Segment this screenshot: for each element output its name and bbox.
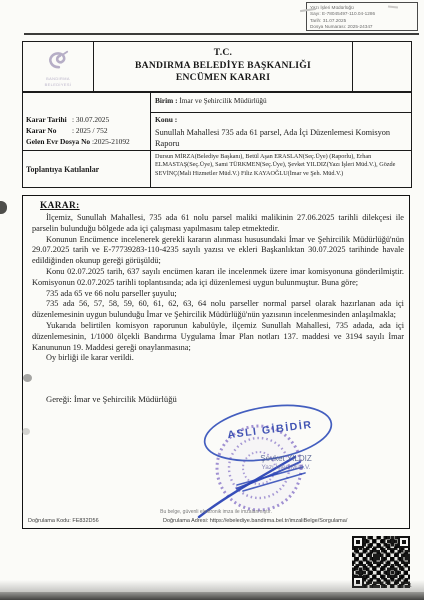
logo-caption-line2: BELEDİYESİ xyxy=(45,83,72,88)
konu-label: Konu : xyxy=(155,115,407,124)
logo-cell: BANDIRMA BELEDİYESİ xyxy=(23,42,94,91)
birim-label: Birim : xyxy=(155,96,178,105)
scan-artifact xyxy=(23,374,32,382)
header-empty-cell xyxy=(352,42,411,91)
signer-title: Yazı İşleri Müd.V. xyxy=(251,464,321,471)
letterhead-dosya: Dosya Numarası: 2025-24347 xyxy=(310,24,414,30)
karar-no-label: Karar No xyxy=(26,126,72,135)
decision-paragraph: Yukarıda belirtilen komisyon raporunun k… xyxy=(32,321,404,353)
stamp-strokes-icon xyxy=(181,401,416,523)
top-divider xyxy=(24,33,419,35)
esign-note: Bu belge, güvenli elektronik imza ile im… xyxy=(23,509,409,515)
participants-label: Toplantıya Katılanlar xyxy=(23,151,151,187)
konu-value: Sunullah Mahallesi 735 ada 61 parsel, Ad… xyxy=(155,127,407,149)
gelen-evr-label: Gelen Evr Dosya No xyxy=(26,137,90,146)
decision-paragraph: 735 ada 65 ve 66 nolu parseller şuyulu; xyxy=(32,289,404,300)
decision-paragraph: Konu 02.07.2025 tarih, 637 sayılı encüme… xyxy=(32,267,404,289)
geregi-line: Gereği: İmar ve Şehircilik Müdürlüğü xyxy=(46,394,404,404)
scan-artifact xyxy=(22,428,30,435)
title-cell: T.C. BANDIRMA BELEDİYE BAŞKANLIĞI ENCÜME… xyxy=(94,42,352,91)
konu-row: Konu : Sunullah Mahallesi 735 ada 61 par… xyxy=(151,113,411,150)
karar-tarihi-label: Karar Tarihi xyxy=(26,115,72,124)
scan-edge-shadow xyxy=(0,580,424,592)
decision-paragraph: 735 ada 56, 57, 58, 59, 60, 61, 62, 63, … xyxy=(32,299,404,321)
qr-finder-icon xyxy=(398,536,410,548)
title-organization: BANDIRMA BELEDİYE BAŞKANLIĞI xyxy=(94,60,352,73)
birim-row: Birim : İmar ve Şehircilik Müdürlüğü xyxy=(151,93,411,113)
title-tc: T.C. xyxy=(94,47,352,60)
certification-stamp: ASLI GİBİDİR Şevket YILDIZ Yazı İşleri M… xyxy=(181,401,416,523)
meta-table: Karar Tarihi: 30.07.2025 Karar No: 2025 … xyxy=(22,92,412,188)
title-document-type: ENCÜMEN KARARI xyxy=(94,72,352,85)
decision-meta-cell: Karar Tarihi: 30.07.2025 Karar No: 2025 … xyxy=(23,93,151,150)
decision-paragraph: İlçemiz, Sunullah Mahallesi, 735 ada 61 … xyxy=(32,213,404,235)
bandirma-municipality-logo-icon xyxy=(43,45,73,76)
participants-value: Dursun MİRZA(Belediye Başkanı), Betül Aş… xyxy=(151,151,411,187)
scan-artifact xyxy=(0,201,7,214)
scan-edge xyxy=(0,592,424,600)
decision-box: KARAR: İlçemiz, Sunullah Mahallesi, 735 … xyxy=(22,195,410,529)
letterhead-box: Yazı İşleri Müdürlüğü Sayı: E-78045497-1… xyxy=(306,2,418,31)
verification-address: Doğrulama Adresi: https://ebelediye.band… xyxy=(163,518,347,524)
karar-tarihi-value: : 30.07.2025 xyxy=(72,115,109,124)
karar-no-value: : 2025 / 752 xyxy=(72,126,108,135)
birim-value: İmar ve Şehircilik Müdürlüğü xyxy=(179,96,266,105)
verification-code: Doğrulama Kodu: FE832D56 xyxy=(28,518,99,524)
decision-paragraph: Oy birliği ile karar verildi. xyxy=(32,353,404,364)
decision-paragraph: Konunun Encümence incelenerek gerekli ka… xyxy=(32,235,404,267)
qr-finder-icon xyxy=(352,536,364,548)
decision-heading: KARAR: xyxy=(40,201,404,211)
header-table: BANDIRMA BELEDİYESİ T.C. BANDIRMA BELEDİ… xyxy=(22,41,412,92)
signer-name: Şevket YILDIZ xyxy=(251,454,321,463)
asli-gibidir-stamp-text: ASLI GİBİDİR xyxy=(205,416,335,444)
gelen-evr-value: :2025-21092 xyxy=(92,137,130,146)
